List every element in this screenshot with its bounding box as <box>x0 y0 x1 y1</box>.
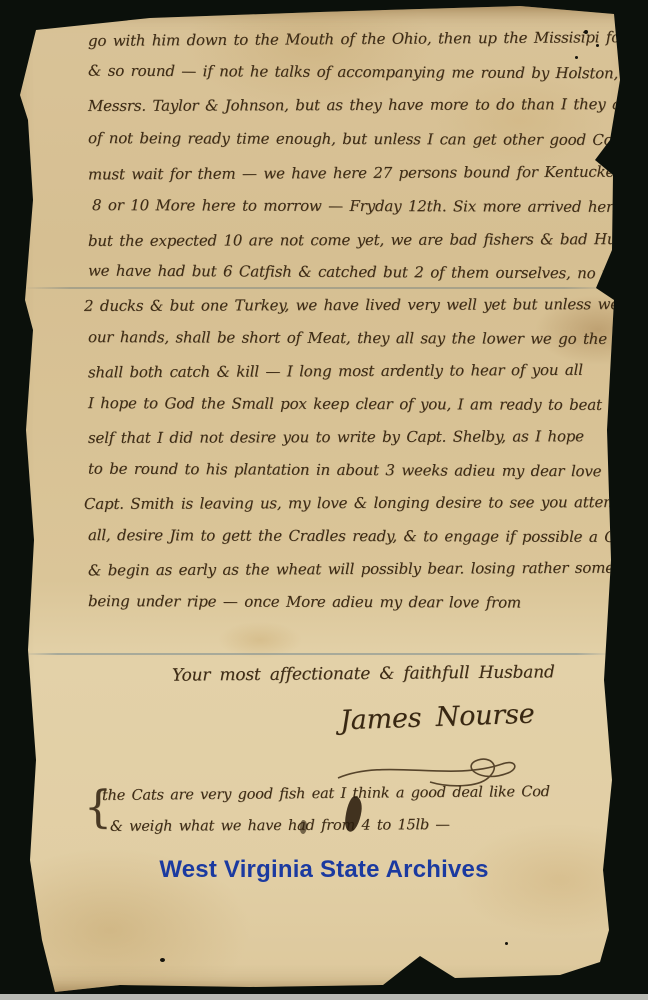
letter-line: 8 or 10 More here to morrow — Fryday 12t… <box>92 196 627 216</box>
scanned-letter-photo: { "document_type": "handwritten-letter-s… <box>0 0 648 1000</box>
fold-crease-upper <box>22 287 612 289</box>
postscript-line: the Cats are very good fish eat I think … <box>102 784 550 804</box>
letter-line: & begin as early as the wheat will possi… <box>88 559 623 580</box>
paper-speck <box>575 56 578 59</box>
letter-line: our hands, shall be short of Meat, they … <box>88 328 623 348</box>
paper-speck <box>160 958 165 962</box>
paper-speck <box>505 942 508 945</box>
closing-line: Your most affectionate & faithfull Husba… <box>172 662 555 685</box>
scanner-edge-strip <box>0 994 648 1000</box>
paper-speck <box>584 30 588 34</box>
signature: James Nourse <box>340 699 536 737</box>
letter-line: go with him down to the Mouth of the Ohi… <box>88 28 623 50</box>
letter-line: shall both catch & kill — I long most ar… <box>88 361 623 382</box>
letter-line: 2 ducks & but one Turkey, we have lived … <box>84 295 619 315</box>
letter-line: all, desire Jim to gett the Cradles read… <box>88 526 623 546</box>
letter-line: but the expected 10 are not come yet, we… <box>88 230 623 250</box>
letter-line: & so round — if not he talks of accompan… <box>88 62 623 83</box>
letter-line: of not being ready time enough, but unle… <box>88 129 623 149</box>
letter-line: must wait for them — we have here 27 per… <box>88 163 623 184</box>
fold-crease-lower <box>22 653 612 655</box>
letter-line: to be round to his plantation in about 3… <box>88 460 623 481</box>
letter-line: Capt. Smith is leaving us, my love & lon… <box>84 493 619 513</box>
letter-line: Messrs. Taylor & Johnson, but as they ha… <box>88 95 623 115</box>
letter-line: I hope to God the Small pox keep clear o… <box>88 394 623 414</box>
letter-line: being under ripe — once More adieu my de… <box>88 592 623 612</box>
paper-speck <box>596 44 599 47</box>
archives-caption: West Virginia State Archives <box>0 856 648 884</box>
letter-line: self that I did not desire you to write … <box>88 427 623 447</box>
letter-paper: go with him down to the Mouth of the Ohi… <box>0 0 648 1000</box>
letter-line: we have had but 6 Catfish & catched but … <box>88 262 623 283</box>
postscript-line: & weigh what we have had from 4 to 15lb … <box>110 817 450 835</box>
